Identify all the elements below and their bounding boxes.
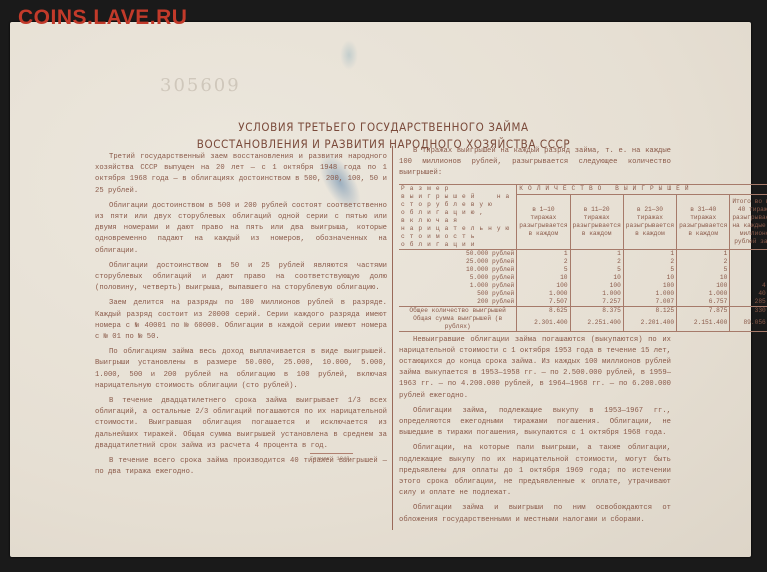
left-column: Третий государственный заем восстановлен… — [95, 152, 387, 482]
column-header: в 11—20 тиражах разыгрывается в каждом — [570, 194, 623, 249]
printer-footnote: Гознак. 1948. — [310, 453, 353, 462]
paragraph: В течение двадцатилетнего срока займа вы… — [95, 396, 387, 452]
column-header: в 31—40 тиражах разыгрывается в каждом — [677, 194, 730, 249]
paragraph: Облигации займа и выигрыши по ним освобо… — [399, 503, 671, 525]
ink-smudge — [340, 40, 358, 70]
total-sum-row: Общая сумма выигрышей (в рублях) 2.301.4… — [399, 315, 767, 332]
table-row: 50.000 рублей 1 1 1 1 40 — [399, 249, 767, 258]
column-header: в 1—10 тиражах разыгрывается в каждом — [517, 194, 570, 249]
table-row: 500 рублей 1.000 1.000 1.000 1.000 40.00… — [399, 290, 767, 298]
table-row: 10.000 рублей 5 5 5 5 200 — [399, 266, 767, 274]
paragraph: Невыигравшие облигации займа погашаются … — [399, 335, 671, 402]
paragraph: Облигации, на которые пали выигрыши, а т… — [399, 443, 671, 499]
site-watermark: COINS.LAVE.RU — [18, 6, 187, 30]
paragraph: Заем делится на разряды по 100 миллионов… — [95, 298, 387, 343]
paragraph: Третий государственный заем восстановлен… — [95, 152, 387, 197]
paragraph: Облигации достоинством в 50 и 25 рублей … — [95, 261, 387, 295]
paragraph: По облигациям займа весь доход выплачива… — [95, 347, 387, 392]
total-count-row: Общее количество выигрышей 8.625 8.375 8… — [399, 306, 767, 315]
paragraph: Облигации достоинством в 500 и 200 рубле… — [95, 201, 387, 257]
ghost-serial-number: 305609 — [160, 75, 241, 96]
table-intro: В тиражах выигрышей на каждый разряд зай… — [399, 146, 671, 180]
table-row: 1.000 рублей 100 100 100 100 4.000 — [399, 282, 767, 290]
prize-table: Размер выигрышей на сторублевую облигаци… — [399, 184, 767, 332]
quantity-group-header: КОЛИЧЕСТВО ВЫИГРЫШЕЙ — [517, 184, 767, 194]
paragraph: Облигации займа, подлежащие выкупу в 195… — [399, 406, 671, 440]
table-row: 200 рублей 7.507 7.257 7.007 6.757 285.2… — [399, 298, 767, 307]
right-column: В тиражах выигрышей на каждый разряд зай… — [392, 146, 671, 530]
title-line-1: УСЛОВИЯ ТРЕТЬЕГО ГОСУДАРСТВЕННОГО ЗАЙМА — [0, 120, 767, 134]
table-row: 5.000 рублей 10 10 10 10 400 — [399, 274, 767, 282]
table-row: 25.000 рублей 2 2 2 2 80 — [399, 258, 767, 266]
prize-size-header: Размер выигрышей на сторублевую облигаци… — [399, 184, 517, 249]
column-header: Итого во всех 40 тиражах разыгрывается н… — [730, 194, 767, 249]
column-header: в 21—30 тиражах разыгрывается в каждом — [623, 194, 676, 249]
